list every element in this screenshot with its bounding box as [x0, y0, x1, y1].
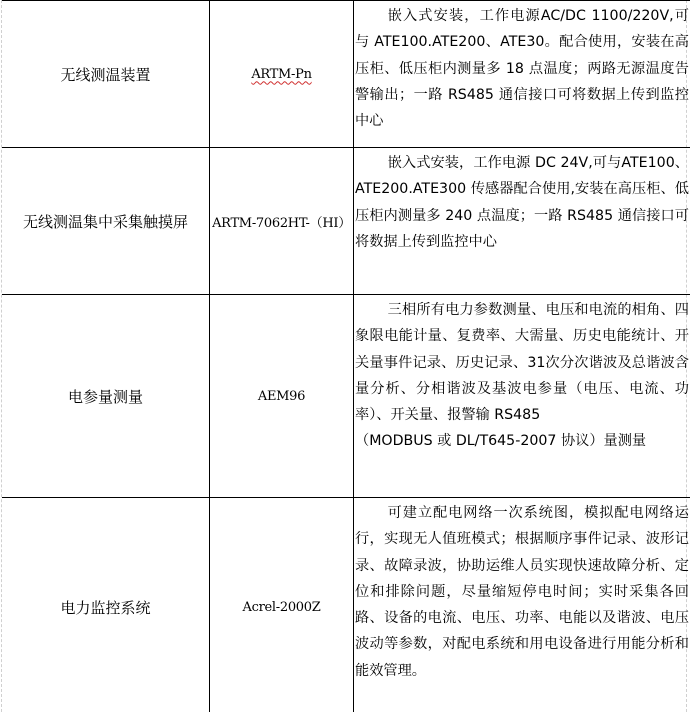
product-name-cell[interactable]: 无线测温装置: [2, 1, 210, 148]
product-description: 嵌入式安装，工作电源 DC 24V,可与ATE100、ATE200.ATE300…: [355, 150, 689, 255]
product-model: AEM96: [258, 389, 305, 404]
table-row: 无线测温集中采集触摸屏 ARTM-7062HT-（HI） 嵌入式安装，工作电源 …: [2, 148, 690, 295]
table-row: 无线测温装置 ARTM-Pn 嵌入式安装，工作电源AC/DC 1100/220V…: [2, 1, 690, 148]
product-model: ARTM-Pn: [251, 67, 311, 82]
product-model-cell[interactable]: ARTM-Pn: [210, 1, 354, 148]
table-row: 电参量测量 AEM96 三相所有电力参数测量、电压和电流的相角、四象限电能计量、…: [2, 295, 690, 498]
product-description: 三相所有电力参数测量、电压和电流的相角、四象限电能计量、复费率、大需量、历史电能…: [355, 297, 689, 455]
product-model: ARTM-7062HT-（HI）: [212, 216, 351, 231]
product-description: 可建立配电网络一次系统图，模拟配电网络运行，实现无人值班模式；根据顺序事件记录、…: [355, 500, 689, 684]
product-description-cell[interactable]: 可建立配电网络一次系统图，模拟配电网络运行，实现无人值班模式；根据顺序事件记录、…: [354, 498, 690, 712]
product-name: 电参量测量: [68, 386, 143, 407]
product-description-cell[interactable]: 嵌入式安装，工作电源AC/DC 1100/220V,可与 ATE100.ATE2…: [354, 1, 690, 148]
product-name-cell[interactable]: 电参量测量: [2, 295, 210, 498]
product-name-cell[interactable]: 电力监控系统: [2, 498, 210, 712]
product-name-cell[interactable]: 无线测温集中采集触摸屏: [2, 148, 210, 295]
product-model-cell[interactable]: ARTM-7062HT-（HI）: [210, 148, 354, 295]
product-spec-table: 无线测温装置 ARTM-Pn 嵌入式安装，工作电源AC/DC 1100/220V…: [2, 0, 690, 712]
product-name: 无线测温集中采集触摸屏: [23, 211, 188, 232]
product-description-cell[interactable]: 三相所有电力参数测量、电压和电流的相角、四象限电能计量、复费率、大需量、历史电能…: [354, 295, 690, 498]
product-description-cell[interactable]: 嵌入式安装，工作电源 DC 24V,可与ATE100、ATE200.ATE300…: [354, 148, 690, 295]
table-row: 电力监控系统 Acrel-2000Z 可建立配电网络一次系统图，模拟配电网络运行…: [2, 498, 690, 712]
product-model-cell[interactable]: AEM96: [210, 295, 354, 498]
product-model-cell[interactable]: Acrel-2000Z: [210, 498, 354, 712]
product-model: Acrel-2000Z: [243, 600, 321, 615]
product-name: 电力监控系统: [60, 597, 150, 618]
product-description: 嵌入式安装，工作电源AC/DC 1100/220V,可与 ATE100.ATE2…: [355, 3, 689, 134]
product-name: 无线测温装置: [60, 64, 150, 85]
